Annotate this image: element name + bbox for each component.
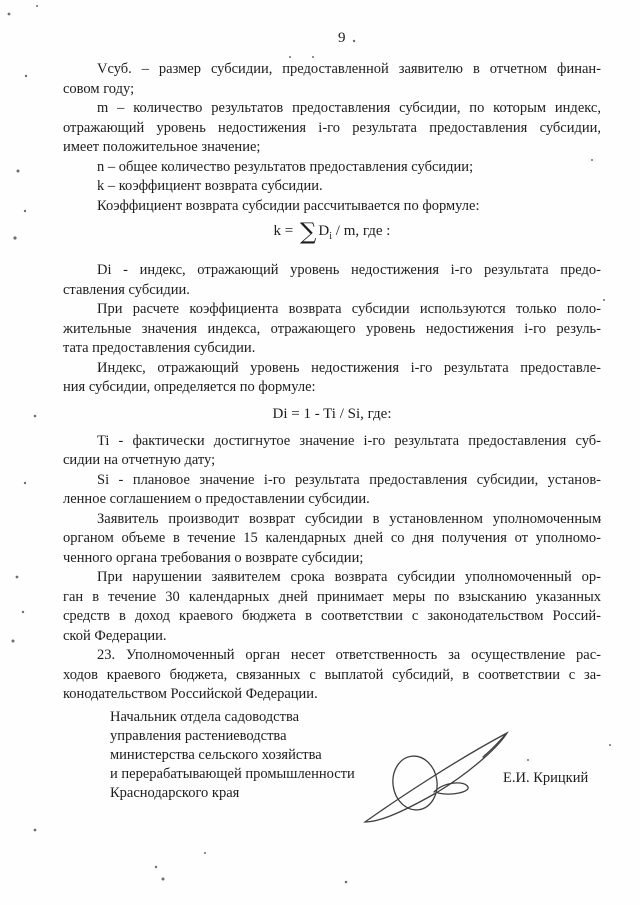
signature-stroke	[434, 783, 468, 794]
signature-stroke	[483, 735, 505, 757]
paragraph: Заявитель производит возврат субсидии в …	[63, 510, 601, 569]
text-line: жительные значения индекса, отражающего …	[63, 320, 601, 340]
paragraph: 23. Уполномоченный орган несет ответстве…	[63, 646, 601, 705]
signatory-name: Е.И. Крицкий	[503, 770, 588, 787]
paragraph: k – коэффициент возврата субсидии.	[63, 177, 601, 197]
signature-title-line: и перерабатывающей промышленности	[110, 765, 355, 784]
paragraph: Индекс, отражающий уровень недостижения …	[63, 359, 601, 398]
paragraph: При расчете коэффициента возврата субсид…	[63, 300, 601, 359]
text-line: средств в доход краевого бюджета в соотв…	[63, 607, 601, 627]
text-line: ния субсидии, определяется по формуле:	[63, 378, 601, 398]
text-line: конодательством Российской Федерации.	[63, 685, 601, 705]
underachievement-index-formula: Di = 1 - Ti / Si, где:	[63, 403, 601, 425]
text-line: ской Федерации.	[63, 627, 601, 647]
signature-block: Начальник отдела садоводствауправления р…	[110, 708, 355, 803]
text-line: имеет положительное значение;	[63, 138, 601, 158]
text-line: m – количество результатов предоставлени…	[63, 99, 601, 119]
signature-title-line: Начальник отдела садоводства	[110, 708, 355, 727]
text-line: Di - индекс, отражающий уровень недостиж…	[63, 261, 601, 281]
text-line: Заявитель производит возврат субсидии в …	[63, 510, 601, 530]
sum-symbol: ∑	[297, 219, 318, 245]
text-line: При расчете коэффициента возврата субсид…	[63, 300, 601, 320]
text-line: ган в течение 30 календарных дней приним…	[63, 588, 601, 608]
text-line: ставления субсидии.	[63, 281, 601, 301]
signature-title-line: Краснодарского края	[110, 784, 355, 803]
text-line: тата предоставления субсидии.	[63, 339, 601, 359]
text-line: Индекс, отражающий уровень недостижения …	[63, 359, 601, 379]
text-line: сидии на отчетную дату;	[63, 451, 601, 471]
paragraph: Vсуб. – размер субсидии, предоставленной…	[63, 60, 601, 99]
text-line: совом году;	[63, 80, 601, 100]
text-line: ленное соглашением о предоставлении субс…	[63, 490, 601, 510]
text-line: k – коэффициент возврата субсидии.	[63, 177, 601, 197]
text-line: При нарушении заявителем срока возврата …	[63, 568, 601, 588]
handwritten-signature	[356, 720, 521, 832]
text-line: отражающий уровень недостижения i-го рез…	[63, 119, 601, 139]
paragraph: При нарушении заявителем срока возврата …	[63, 568, 601, 646]
return-coefficient-formula: k = ∑Di / m, где :	[63, 218, 601, 250]
paragraph: Si - плановое значение i-го результата п…	[63, 471, 601, 510]
text-line: Vсуб. – размер субсидии, предоставленной…	[63, 60, 601, 80]
signature-title-lines: Начальник отдела садоводствауправления р…	[110, 708, 355, 803]
formula-text: / m, где :	[332, 223, 390, 239]
formula-variable: D	[318, 223, 329, 239]
text-line: Ti - фактически достигнутое значение i-г…	[63, 432, 601, 452]
paragraph: n – общее количество результатов предост…	[63, 158, 601, 178]
text-line: Si - плановое значение i-го результата п…	[63, 471, 601, 491]
page-number: 9	[0, 30, 640, 47]
paragraph: Коэффициент возврата субсидии рассчитыва…	[63, 197, 601, 217]
scanned-document-page: 9 Vсуб. – размер субсидии, предоставленн…	[0, 0, 640, 905]
signature-title-line: министерства сельского хозяйства	[110, 746, 355, 765]
text-line: ченного органа требования о возврате суб…	[63, 549, 601, 569]
paragraph: Ti - фактически достигнутое значение i-г…	[63, 432, 601, 471]
text-line: 23. Уполномоченный орган несет ответстве…	[63, 646, 601, 666]
text-line: органом объеме в течение 15 календарных …	[63, 529, 601, 549]
text-line: Коэффициент возврата субсидии рассчитыва…	[63, 197, 601, 217]
document-body: Vсуб. – размер субсидии, предоставленной…	[63, 60, 601, 705]
formula-text: k =	[274, 223, 297, 239]
paragraph: Di - индекс, отражающий уровень недостиж…	[63, 261, 601, 300]
text-line: ходов краевого бюджета, связанных с выпл…	[63, 666, 601, 686]
paragraph: m – количество результатов предоставлени…	[63, 99, 601, 158]
signature-title-line: управления растениеводства	[110, 727, 355, 746]
text-line: n – общее количество результатов предост…	[63, 158, 601, 178]
